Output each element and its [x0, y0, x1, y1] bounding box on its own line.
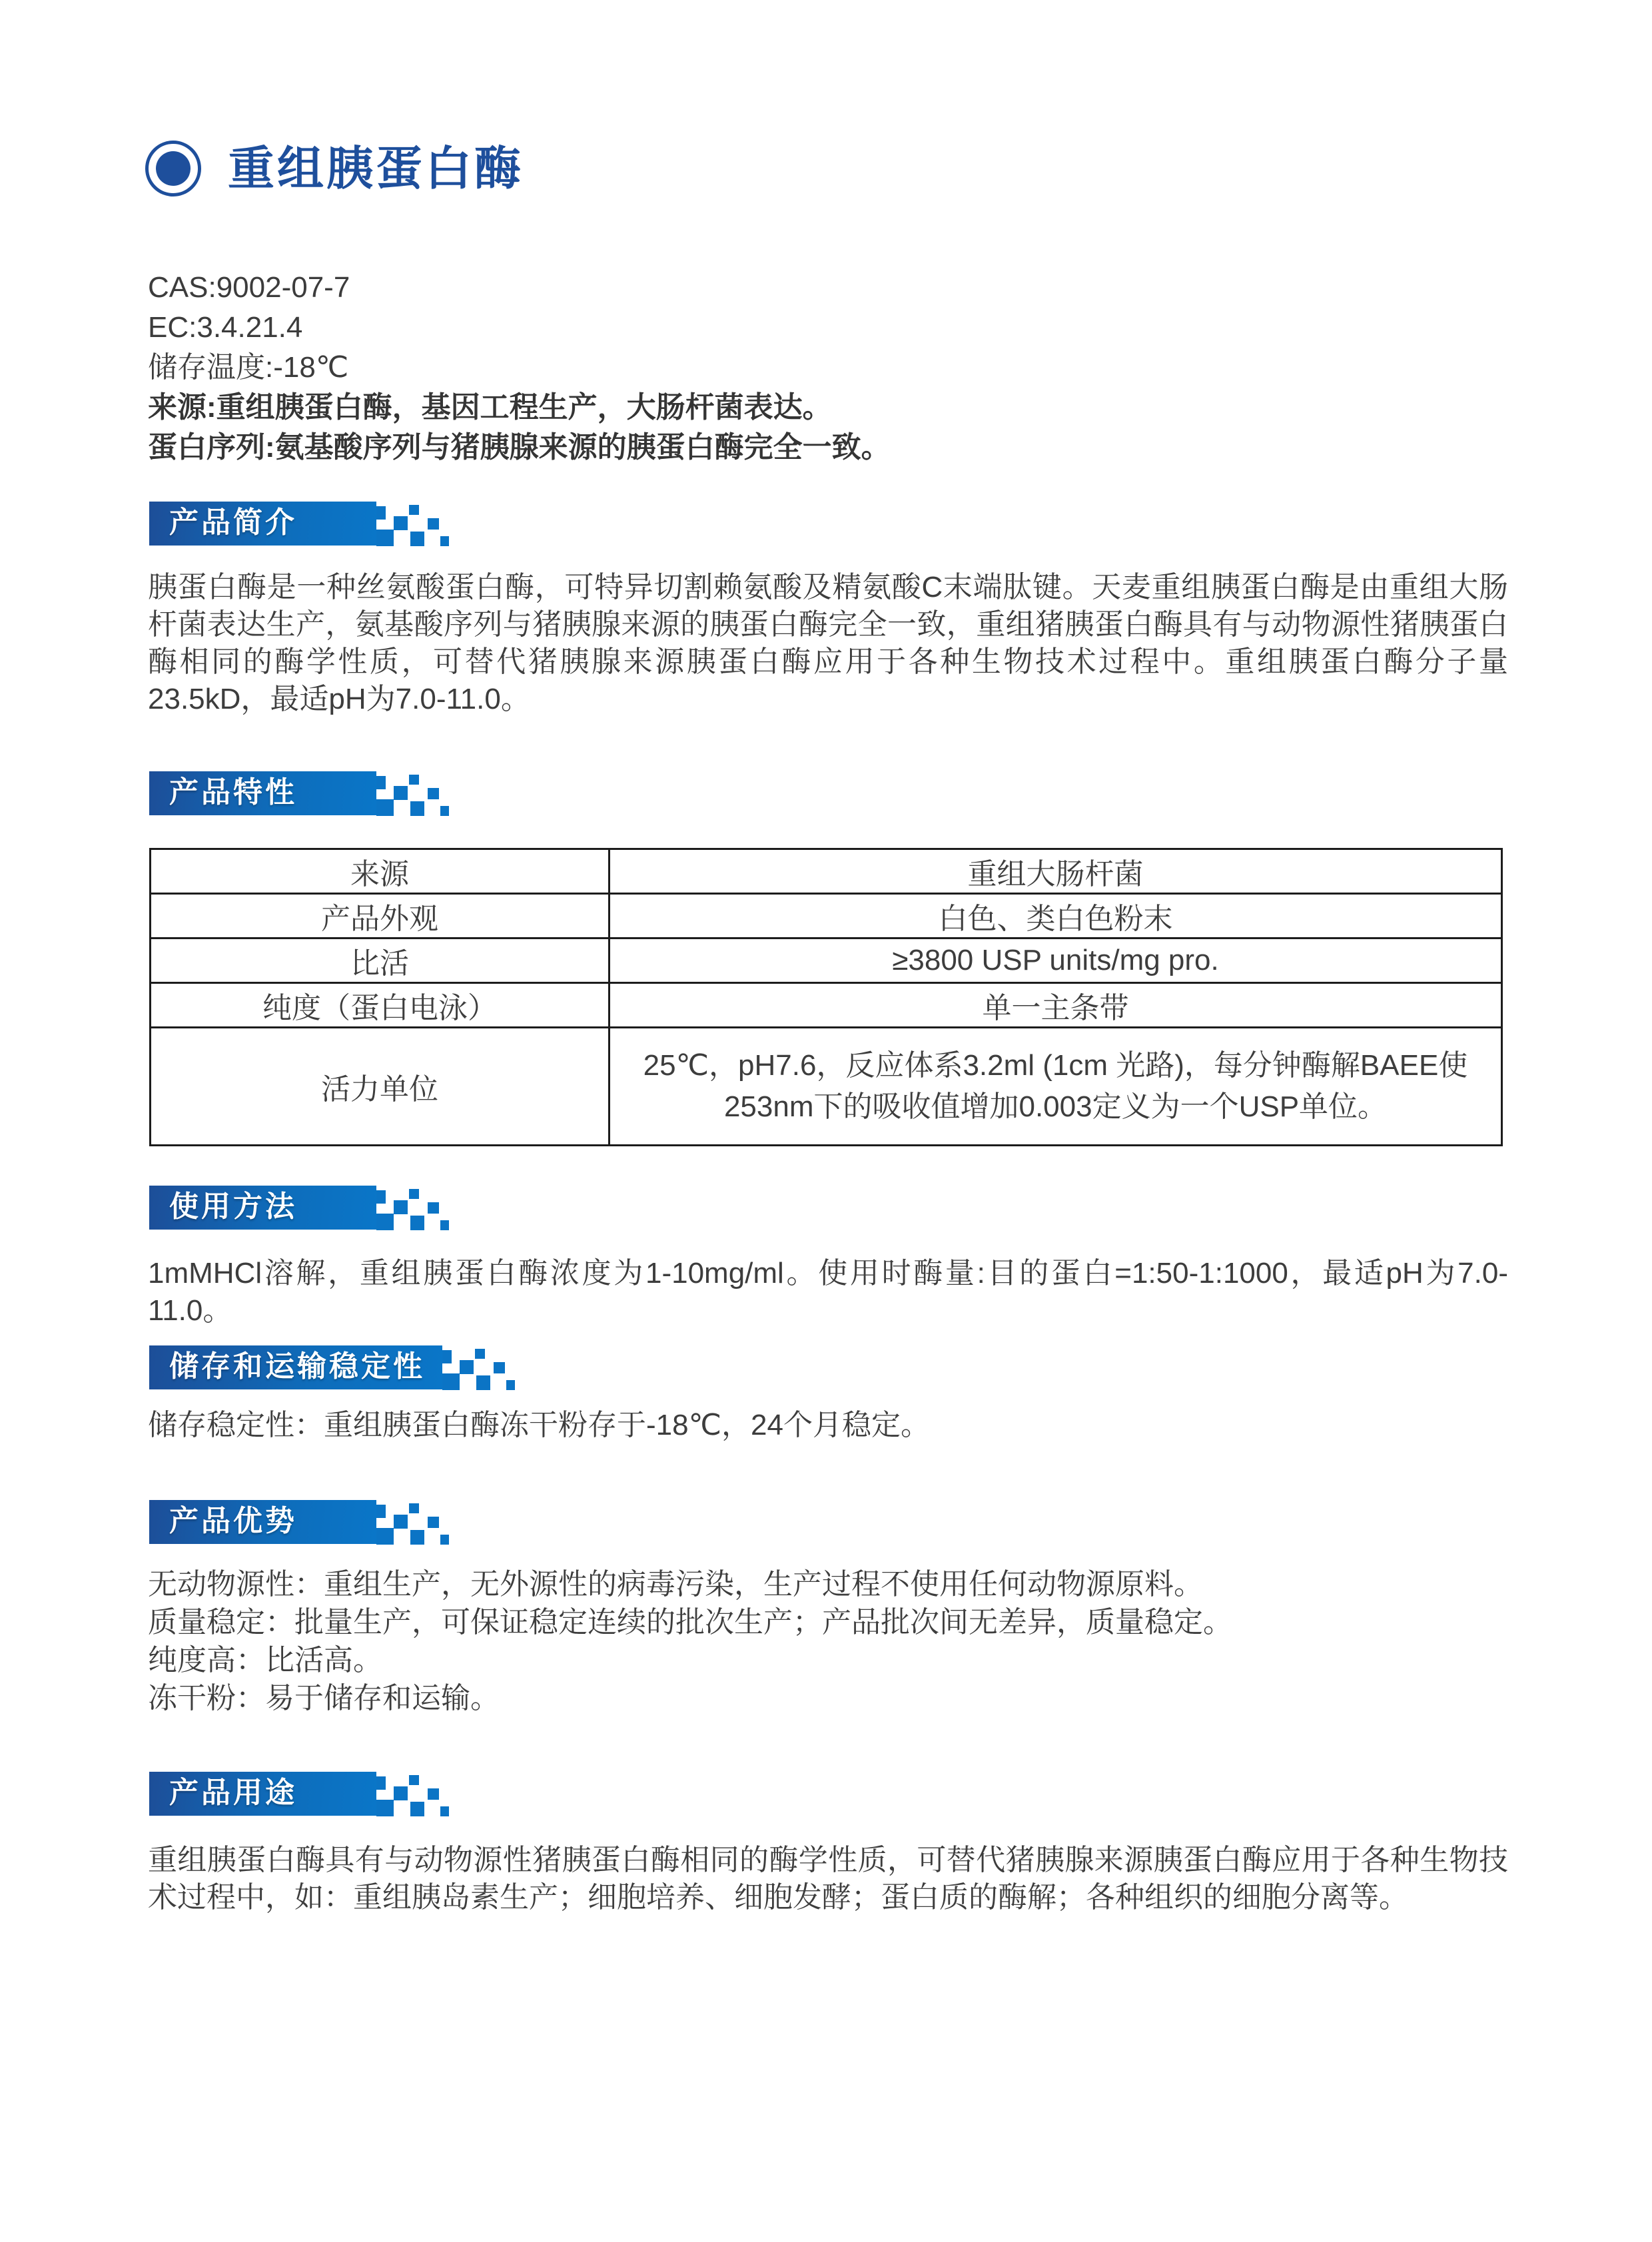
section-title: 产品优势	[149, 1500, 376, 1543]
section-title: 使用方法	[149, 1186, 376, 1228]
product-info-block: CAS:9002-07-7 EC:3.4.21.4 储存温度:-18℃ 来源:重…	[148, 268, 1508, 468]
advantages-list: 无动物源性：重组生产，无外源性的病毒污染，生产过程不使用任何动物源原料。 质量稳…	[148, 1565, 1508, 1717]
table-row: 产品外观 白色、类白色粉末	[151, 894, 1502, 938]
pixel-mosaic-decoration	[376, 1500, 456, 1545]
feature-value: 白色、类白色粉末	[610, 894, 1502, 938]
advantage-line: 冻干粉：易于储存和运输。	[148, 1679, 1508, 1717]
section-banner-features: 产品特性	[149, 771, 376, 815]
ec-number-line: EC:3.4.21.4	[148, 308, 1508, 348]
feature-value: ≥3800 USP units/mg pro.	[610, 938, 1502, 983]
protein-sequence-line: 蛋白序列:氨基酸序列与猪胰腺来源的胰蛋白酶完全一致。	[148, 428, 1508, 468]
section-banner-advantages: 产品优势	[149, 1500, 376, 1544]
section-title: 产品简介	[149, 502, 376, 544]
pixel-mosaic-decoration	[376, 1772, 456, 1816]
advantage-line: 无动物源性：重组生产，无外源性的病毒污染，生产过程不使用任何动物源原料。	[148, 1565, 1508, 1603]
feature-label: 纯度（蛋白电泳）	[151, 983, 610, 1028]
feature-label: 比活	[151, 938, 610, 983]
pixel-mosaic-decoration	[376, 1186, 456, 1230]
table-row: 活力单位 25℃，pH7.6，反应体系3.2ml (1cm 光路)，每分钟酶解B…	[151, 1028, 1502, 1146]
product-datasheet-page: 重组胰蛋白酶 CAS:9002-07-7 EC:3.4.21.4 储存温度:-1…	[0, 0, 1652, 2242]
pixel-mosaic-decoration	[376, 771, 456, 816]
table-row: 比活 ≥3800 USP units/mg pro.	[151, 938, 1502, 983]
feature-label: 来源	[151, 849, 610, 894]
page-title-row: 重组胰蛋白酶	[145, 137, 524, 200]
product-features-table: 来源 重组大肠杆菌 产品外观 白色、类白色粉末 比活 ≥3800 USP uni…	[149, 848, 1503, 1146]
section-banner-storage: 储存和运输稳定性	[149, 1345, 442, 1389]
bullet-circle-icon	[145, 141, 201, 196]
feature-label: 活力单位	[151, 1028, 610, 1146]
pixel-mosaic-decoration	[376, 502, 456, 546]
storage-paragraph: 储存稳定性：重组胰蛋白酶冻干粉存于-18℃，24个月稳定。	[148, 1407, 1508, 1444]
section-title: 产品特性	[149, 771, 376, 814]
usage-paragraph: 1mMHCl溶解，重组胰蛋白酶浓度为1-10mg/ml。使用时酶量:目的蛋白=1…	[148, 1255, 1508, 1329]
source-line: 来源:重组胰蛋白酶，基因工程生产，大肠杆菌表达。	[148, 388, 1508, 428]
pixel-mosaic-decoration	[442, 1345, 522, 1390]
section-title: 产品用途	[149, 1772, 376, 1814]
table-row: 来源 重组大肠杆菌	[151, 849, 1502, 894]
section-banner-applications: 产品用途	[149, 1772, 376, 1816]
feature-label: 产品外观	[151, 894, 610, 938]
advantage-line: 质量稳定：批量生产，可保证稳定连续的批次生产；产品批次间无差异，质量稳定。	[148, 1603, 1508, 1641]
page-title: 重组胰蛋白酶	[228, 137, 524, 200]
section-banner-usage: 使用方法	[149, 1186, 376, 1230]
section-banner-intro: 产品简介	[149, 502, 376, 546]
table-row: 纯度（蛋白电泳） 单一主条带	[151, 983, 1502, 1028]
feature-value: 单一主条带	[610, 983, 1502, 1028]
applications-paragraph: 重组胰蛋白酶具有与动物源性猪胰蛋白酶相同的酶学性质，可替代猪胰腺来源胰蛋白酶应用…	[148, 1842, 1508, 1916]
feature-value: 25℃，pH7.6，反应体系3.2ml (1cm 光路)，每分钟酶解BAEE使2…	[610, 1028, 1502, 1146]
intro-paragraph: 胰蛋白酶是一种丝氨酸蛋白酶，可特异切割赖氨酸及精氨酸C末端肽键。天麦重组胰蛋白酶…	[148, 569, 1508, 718]
advantage-line: 纯度高：比活高。	[148, 1641, 1508, 1679]
cas-number-line: CAS:9002-07-7	[148, 268, 1508, 308]
storage-temperature-line: 储存温度:-18℃	[148, 348, 1508, 388]
feature-value: 重组大肠杆菌	[610, 849, 1502, 894]
section-title: 储存和运输稳定性	[149, 1345, 442, 1388]
